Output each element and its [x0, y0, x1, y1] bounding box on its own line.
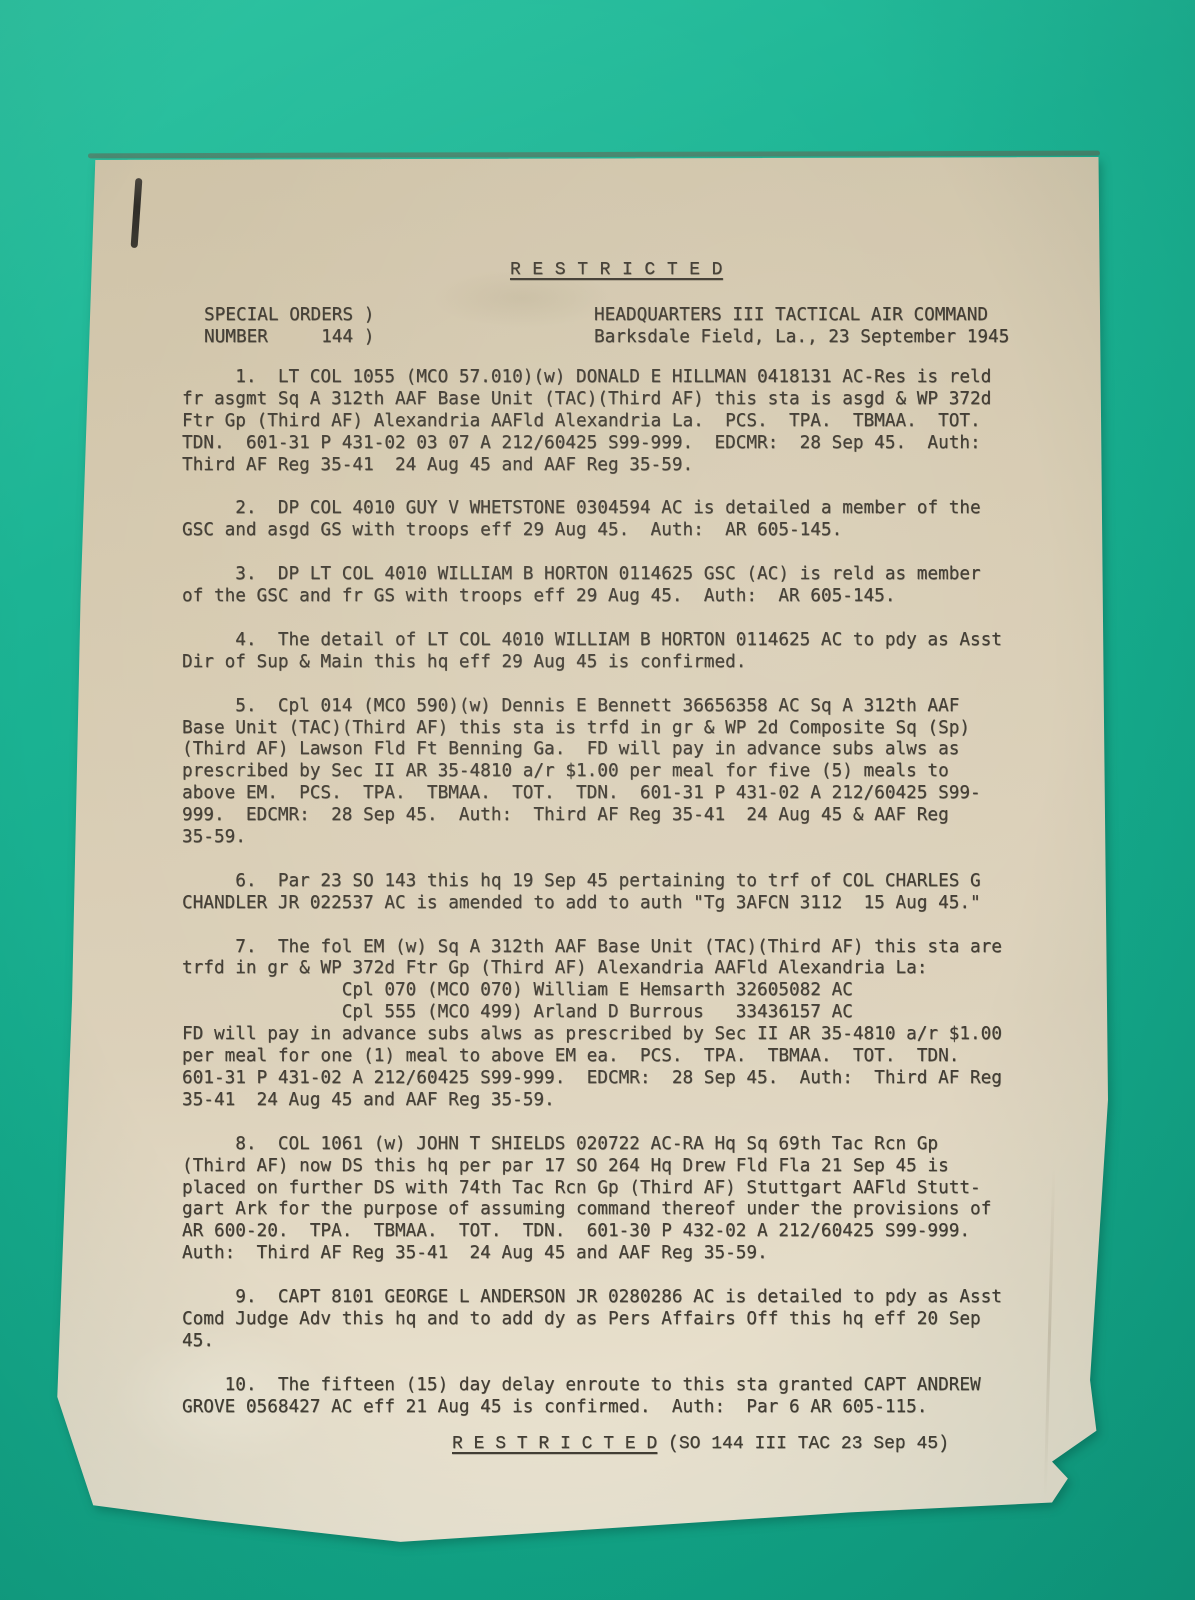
classification-header: R E S T R I C T E D — [510, 260, 723, 280]
classification-footer: R E S T R I C T E D (SO 144 III TAC 23 S… — [452, 1434, 949, 1454]
paper-crease — [1044, 1168, 1056, 1498]
headquarters-block: HEADQUARTERS III TACTICAL AIR COMMAND Ba… — [594, 304, 1009, 348]
document-page-wrapper: R E S T R I C T E D SPECIAL ORDERS ) NUM… — [0, 0, 1195, 1600]
orders-body: 1. LT COL 1055 (MCO 57.010)(w) DONALD E … — [182, 367, 1002, 1419]
footer-classification: R E S T R I C T E D — [452, 1434, 657, 1454]
footer-order-reference: (SO 144 III TAC 23 Sep 45) — [668, 1434, 949, 1454]
document-page: R E S T R I C T E D SPECIAL ORDERS ) NUM… — [52, 148, 1108, 1556]
photo-background: R E S T R I C T E D SPECIAL ORDERS ) NUM… — [0, 0, 1195, 1600]
special-orders-number-block: SPECIAL ORDERS ) NUMBER 144 ) — [204, 304, 374, 348]
pen-mark — [131, 178, 143, 248]
